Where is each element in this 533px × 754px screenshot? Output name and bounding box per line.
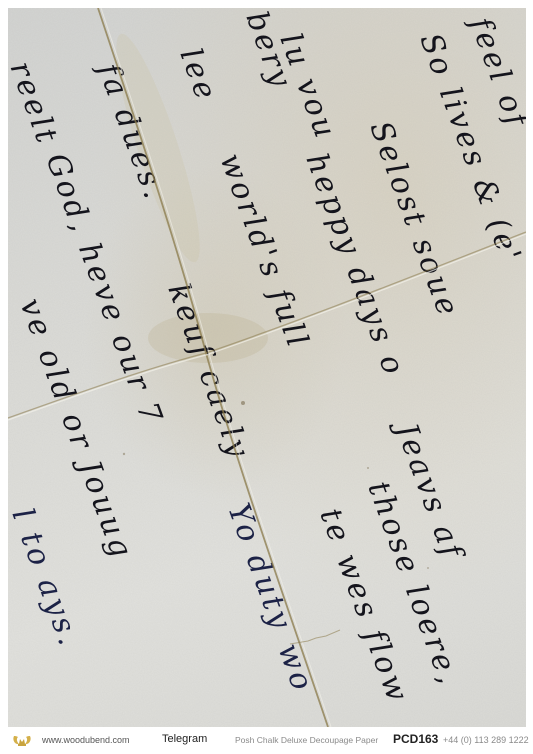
- product-name: Telegram: [162, 733, 207, 745]
- letter-photo: feel ofSo lives & (e'Selost soueheppy da…: [8, 8, 526, 727]
- product-footer: www.woodubend.com Telegram Posh Chalk De…: [0, 730, 533, 754]
- product-code: PCD163: [393, 732, 438, 746]
- fold-creases: [8, 8, 526, 727]
- crown-logo-icon: [12, 733, 32, 747]
- phone-number: +44 (0) 113 289 1222: [443, 735, 529, 745]
- product-line: Posh Chalk Deluxe Decoupage Paper: [235, 735, 378, 745]
- website-link[interactable]: www.woodubend.com: [42, 735, 130, 745]
